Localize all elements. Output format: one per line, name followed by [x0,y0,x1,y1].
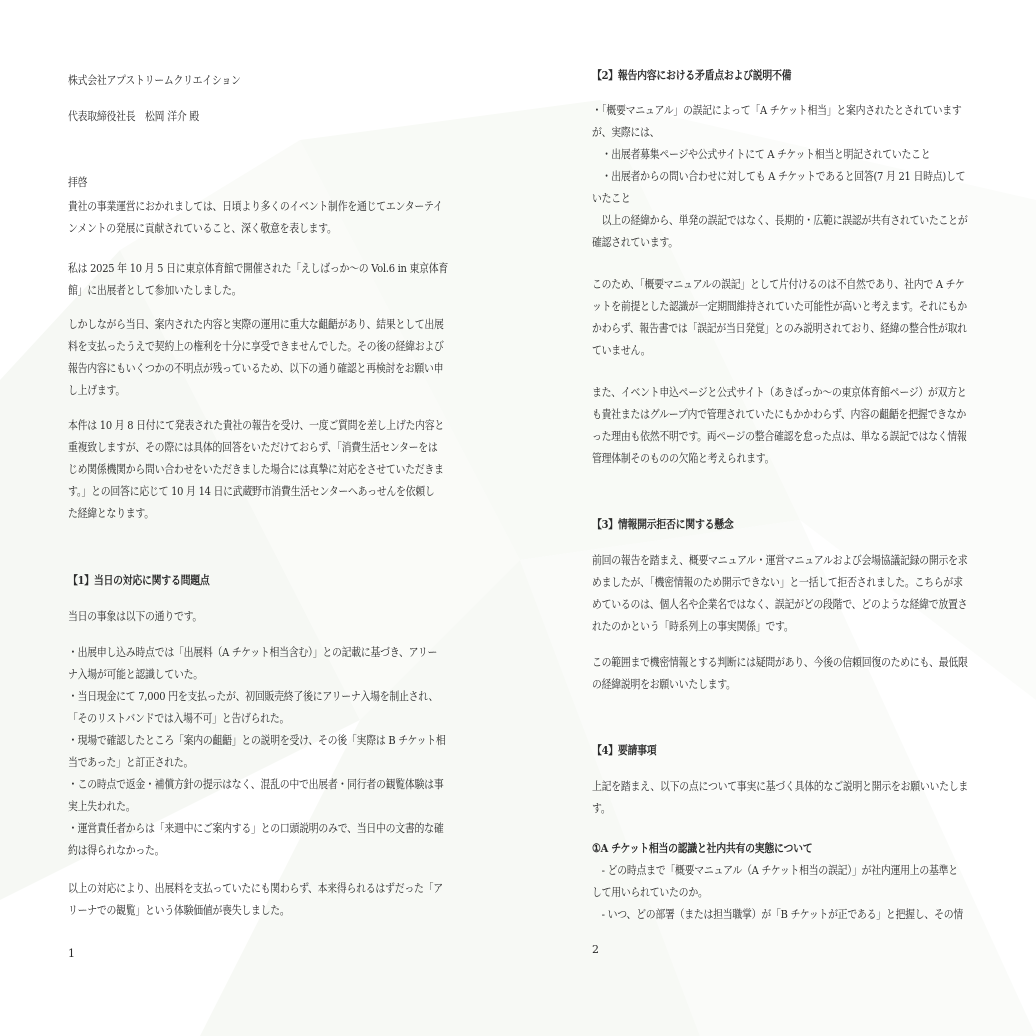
text-line: めましたが、「機密情報のため開示できない」と一括して拒否されました。こちらが求 [592,574,963,590]
text-line: 当日の事象は以下の通りです。 [68,608,202,624]
text-line: ・出展申し込み時点では「出展料（A チケット相当含む）」との記載に基づき、アリー [68,644,437,660]
text-line: 料を支払ったうえで契約上の権利を十分に享受できませんでした。その後の経緯および [68,338,444,354]
text-line: リーナでの観覧」という体験価値が喪失しました。 [68,902,290,918]
text-line: 当であった」と訂正された。 [68,754,193,770]
text-line: じめ関係機関から問い合わせをいただきました場合には真摯に対応をさせていただきま [68,461,444,477]
text-line: ・この時点で返金・補償方針の提示はなく、混乱の中で出展者・同行者の観覧体験は事 [68,776,443,792]
text-line: 約は得られなかった。 [68,842,164,858]
text-line: ていません。 [592,342,650,358]
text-line: す。」との回答に応じて 10 月 14 日に武蔵野市消費生活センターへあっせんを… [68,483,435,499]
text-line: このため、「概要マニュアルの誤記」として片付けるのは不自然であり、社内で A チ… [592,276,965,292]
section-heading: 【2】報告内容における矛盾点および説明不備 [592,67,791,83]
text-line: 確認されています。 [592,234,678,250]
text-line: 前回の報告を踏まえ、概要マニュアル・運営マニュアルおよび会場協議記録の開示を求 [592,552,967,568]
text-line: も貴社またはグループ内で管理されていたにもかかわらず、内容の齟齬を把握できなか [592,406,966,422]
text-line: す。 [592,800,610,816]
text-line: 本件は 10 月 8 日付にて発表された貴社の報告を受け、一度ご質問を差し上げた… [68,417,444,433]
text-line: 重複致しますが、その際には具体的回答をいただけておらず、「消費生活センターをは [68,439,438,455]
text-line: ンメントの発展に貢献されていること、深く敬意を表します。 [68,220,337,236]
text-line: 株式会社アプストリームクリエイション [68,72,241,88]
text-line: 実上失われた。 [68,798,135,814]
text-line: しかしながら当日、案内された内容と実際の運用に重大な齟齬があり、結果として出展 [68,316,444,332]
text-line: 拝啓 [68,174,87,190]
text-line: れたのかという「時系列上の事実関係」です。 [592,618,793,634]
text-line: 貴社の事業運営におかれましては、日頃より多くのイベント制作を通じてエンターテイ [68,198,443,214]
page-number: 1 [68,947,75,960]
text-line: ・当日現金にて 7,000 円を支払ったが、初回販売終了後にアリーナ入場を制止さ… [68,688,438,704]
text-line: 管理体制そのものの欠陥と考えられます。 [592,450,774,466]
text-line: の経緯説明をお願いいたします。 [592,676,736,692]
text-line: - どの時点まで「概要マニュアル（A チケット相当の誤記）」が社内運用上の基準と [592,862,958,878]
text-line: いたこと [592,190,631,206]
text-line: が、実際には、 [592,124,659,140]
text-line: し上げます。 [68,382,125,398]
text-line: 以上の経緯から、単発の誤記ではなく、長期的・広範に誤認が共有されていたことが [592,212,967,228]
text-line: 報告内容にもいくつかの不明点が残っているため、以下の通り確認と再検討をお願い申 [68,360,443,376]
text-line: めているのは、個人名や企業名ではなく、誤記がどの段階で、どのような経緯で放置さ [592,596,967,612]
text-line: 館」に出展者として参加いたしました。 [68,282,241,298]
text-line: 以上の対応により、出展料を支払っていたにも関わらず、本来得られるはずだった「ア [68,880,443,896]
section-heading: ①A チケット相当の認識と社内共有の実態について [592,840,812,856]
page-number: 2 [592,943,599,956]
text-line: ・現場で確認したところ「案内の齟齬」との説明を受け、その後「実際は B チケット… [68,732,446,748]
text-line: ・「概要マニュアル」の誤記によって「A チケット相当」と案内されたとされています [592,102,962,118]
text-line: ・出展者募集ページや公式サイトにて A チケット相当と明記されていたこと [592,146,930,162]
text-line: 上記を踏まえ、以下の点について事実に基づく具体的なご説明と開示をお願いいたしま [592,778,968,794]
text-line: この範囲まで機密情報とする判断には疑問があり、今後の信頼回復のためにも、最低限 [592,654,968,670]
section-heading: 【4】要請事項 [592,742,656,758]
text-line: - いつ、どの部署（または担当職掌）が「B チケットが正である」と把握し、その情 [592,906,963,922]
text-line: して用いられていたのか。 [592,884,708,900]
text-line: ・出展者からの問い合わせに対しても A チケットであると回答(7 月 21 日時… [592,168,965,184]
text-line: 「そのリストバンドでは入場不可」と告げられた。 [68,710,289,726]
text-line: ナ入場が可能と認識していた。 [68,666,203,682]
text-line: た経緯となります。 [68,505,154,521]
text-line: 代表取締役社長 松岡 洋介 殿 [68,108,199,124]
text-line: ・運営責任者からは「来週中にご案内する」との口頭説明のみで、当日中の文書的な確 [68,820,443,836]
text-line: った理由も依然不明です。両ページの整合確認を怠った点は、単なる誤記ではなく情報 [592,428,967,444]
section-heading: 【3】情報開示拒否に関する懸念 [592,516,733,532]
text-line: ットを前提とした認識が一定期間維持されていた可能性が高いと考えます。それにもか [592,298,967,314]
text-line: かわらず、報告書では「誤記が当日発覚」とのみ説明されており、経緯の整合性が取れ [592,320,967,336]
section-heading: 【1】当日の対応に関する問題点 [68,572,209,588]
text-line: また、イベント申込ページと公式サイト（あきばっか〜の東京体育館ページ）が双方と [592,384,967,400]
text-line: 私は 2025 年 10 月 5 日に東京体育館で開催された「えしばっか〜の V… [68,260,448,276]
